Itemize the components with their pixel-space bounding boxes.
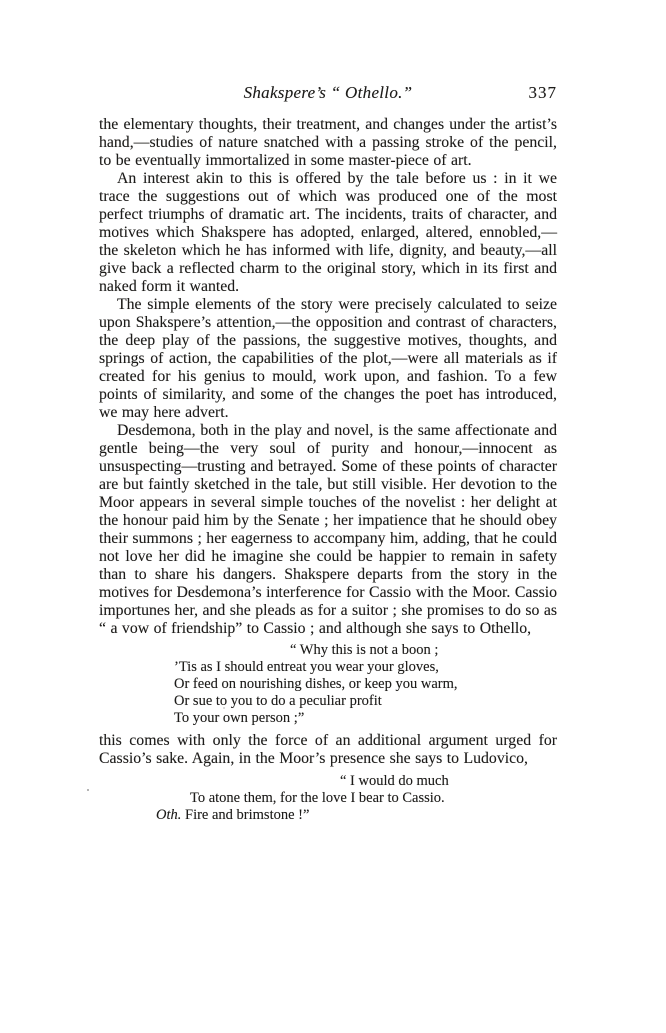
text-column: the elementary thoughts, their treatment…: [99, 116, 557, 824]
paragraph-elementary-thoughts: the elementary thoughts, their treatment…: [99, 116, 557, 170]
verse-line: To atone them, for the love I bear to Ca…: [190, 790, 557, 807]
verse-line: “ Why this is not a boon ;: [290, 642, 557, 659]
verse-line-with-speaker: Oth. Fire and brimstone !”: [156, 807, 557, 824]
verse-quote-i-would-do-much: “ I would do much To atone them, for the…: [99, 773, 557, 824]
verse-line: Or feed on nourishing dishes, or keep yo…: [174, 676, 557, 693]
scan-speckle: [223, 707, 225, 709]
paragraph-simple-elements: The simple elements of the story were pr…: [99, 296, 557, 422]
verse-quote-boon: “ Why this is not a boon ; ’Tis as I sho…: [99, 642, 557, 727]
paragraph-an-interest-akin: An interest akin to this is offered by t…: [99, 170, 557, 296]
speaker-line-text: Fire and brimstone !”: [185, 807, 309, 823]
verse-line: “ I would do much: [340, 773, 557, 790]
running-header: Shakspere’s “ Othello.” 337: [99, 83, 557, 103]
verse-line: To your own person ;”: [174, 710, 557, 727]
running-header-title: Shakspere’s “ Othello.”: [99, 83, 557, 103]
paragraph-this-comes: this comes with only the force of an add…: [99, 732, 557, 768]
speaker-abbreviation: Oth.: [156, 807, 181, 823]
paragraph-desdemona: Desdemona, both in the play and novel, i…: [99, 422, 557, 638]
verse-line: ’Tis as I should entreat you wear your g…: [174, 659, 557, 676]
page-number: 337: [529, 83, 558, 103]
scan-speckle: [87, 789, 89, 791]
verse-line: Or sue to you to do a peculiar profit: [174, 693, 557, 710]
book-page: Shakspere’s “ Othello.” 337 the elementa…: [0, 0, 666, 1033]
